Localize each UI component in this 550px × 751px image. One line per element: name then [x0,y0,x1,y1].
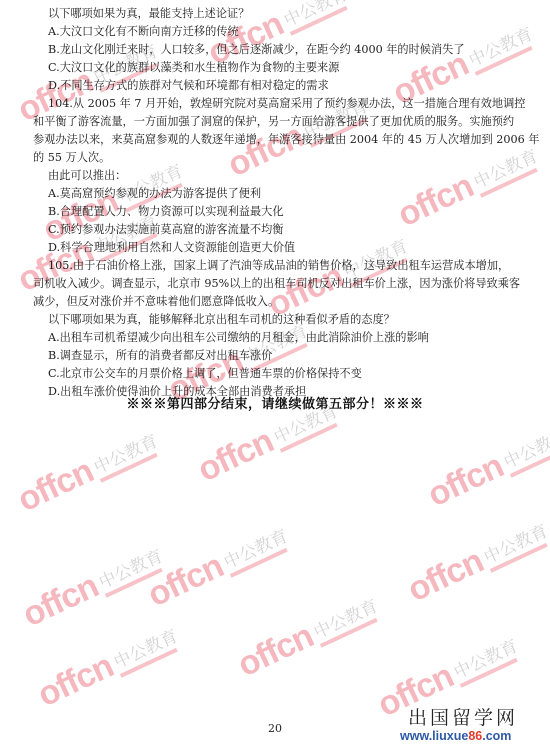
text-line: 司机收入减少。调查显示，北京市 95%以上的出租车司机反对出租车价上涨，因为涨价… [33,276,520,292]
site-logo-url[interactable]: www.liuxue86.com [400,729,550,743]
text-line: 参观办法以来，来莫高窟参观的人数逐年递增，年游客接待量由 2004 年的 45 … [33,132,520,148]
text-line: D.科学合理地利用自然和人文资源能创造更大价值 [48,240,520,256]
text-line: B.龙山文化刚迁来时，人口较多，但之后逐渐减少，在距今约 4000 年的时候消失… [48,42,520,58]
site-logo[interactable]: 出国留学网 www.liuxue86.com [400,707,550,743]
text-line: D.不同生存方式的族群对气候和环境都有相对稳定的需求 [48,78,520,94]
text-line: A.出租车司机希望减少向出租车公司缴纳的月租金，由此消除油价上涨的影响 [48,330,520,346]
text-line: B.合理配置人力、物力资源可以实现利益最大化 [48,204,520,220]
document-page: 以下哪项如果为真，最能支持上述论证？A.大汶口文化有不断向南方迁移的传统B.龙山… [0,0,550,751]
text-line: C.大汶口文化的族群以藻类和水生植物作为食物的主要来源 [48,60,520,76]
text-line: 105.由于石油价格上涨，国家上调了汽油等成品油的销售价格，这导致出租车运营成本… [48,258,520,274]
text-line: 以下哪项如果为真，最能支持上述论证？ [48,6,520,22]
text-line: A.莫高窟预约参观的办法为游客提供了便利 [48,186,520,202]
text-line: 和平衡了游客流量，一方面加强了洞窟的保护，另一方面给游客提供了更加优质的服务。实… [33,114,520,130]
text-line: A.大汶口文化有不断向南方迁移的传统 [48,24,520,40]
site-logo-name: 出国留学网 [408,707,550,729]
text-line: 的 55 万人次。 [33,150,520,166]
text-line: 104.从 2005 年 7 月开始，敦煌研究院对莫高窟采用了预约参观办法，这一… [48,96,520,112]
text-line: B.调查显示，所有的消费者都反对出租车涨价 [48,348,520,364]
text-line: C.北京市公交车的月票价格上调了，但普通车票的价格保持不变 [48,366,520,382]
text-line: 减少，但反对涨价并不意味着他们愿意降低收入。 [33,294,520,310]
text-line: 以下哪项如果为真，能够解释北京出租车司机的这种看似矛盾的态度？ [48,312,520,328]
section-end-notice: ※※※第四部分结束，请继续做第五部分！※※※ [0,393,550,412]
text-line: C.预约参观办法实施前莫高窟的游客流量不均衡 [48,222,520,238]
text-line: 由此可以推出： [48,168,520,184]
